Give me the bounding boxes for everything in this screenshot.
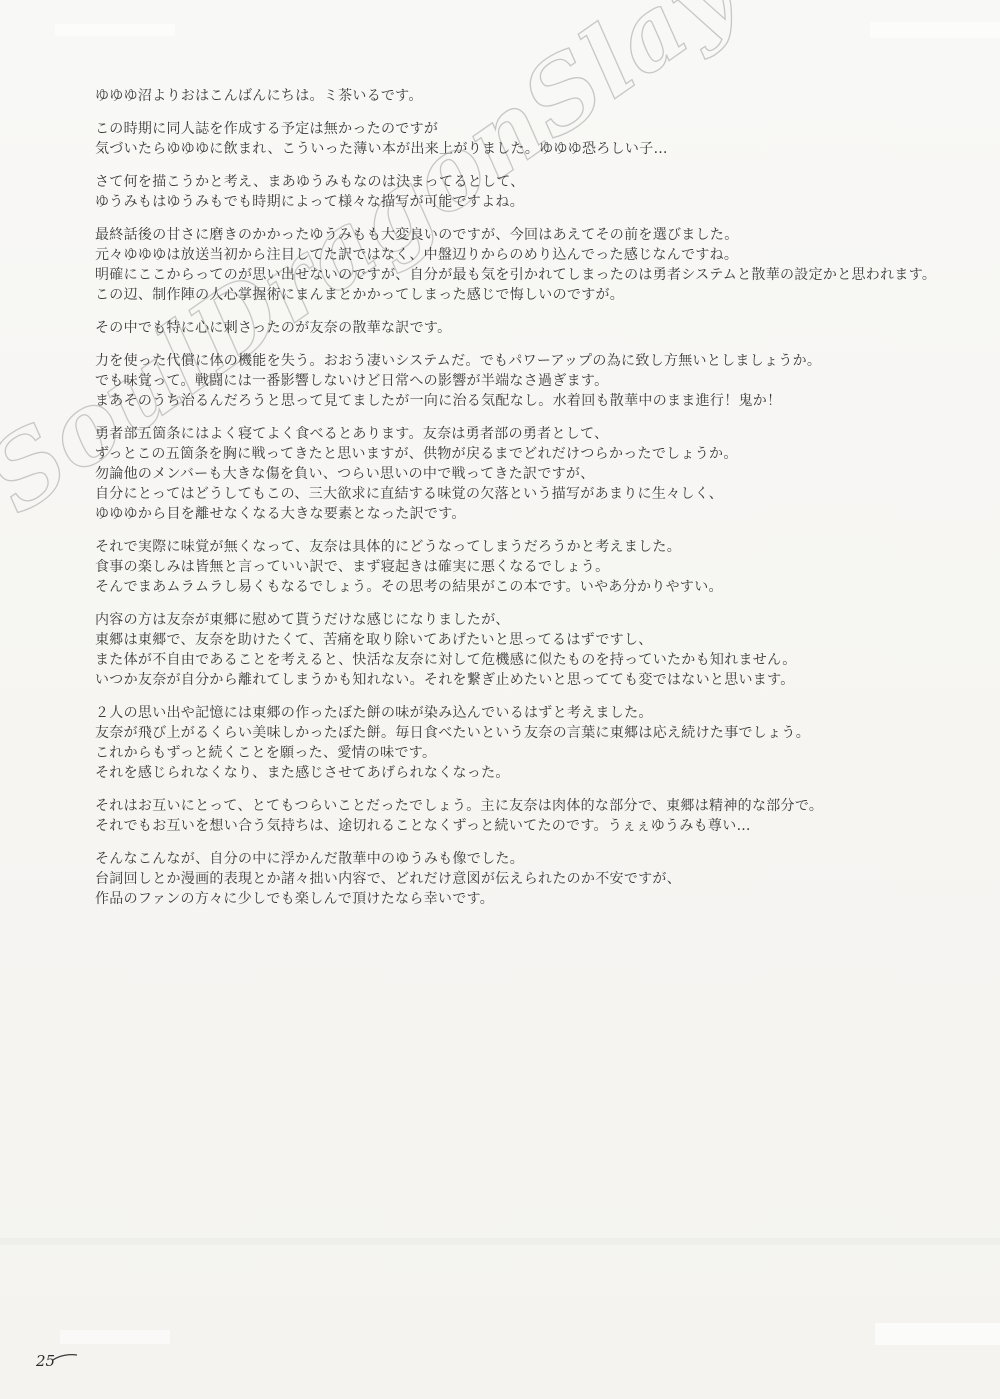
- text-line: この時期に同人誌を作成する予定は無かったのですが: [95, 119, 990, 139]
- text-line: また体が不自由であることを考えると、快活な友奈に対して危機感に似たものを持ってい…: [95, 650, 990, 670]
- text-line: 食事の楽しみは皆無と言っていい訳で、まず寝起きは確実に悪くなるでしょう。: [95, 557, 990, 577]
- scan-artifact: [875, 1323, 1000, 1345]
- text-line: 明確にここからってのが思い出せないのですが、自分が最も気を引かれてしまったのは勇…: [95, 265, 990, 285]
- text-line: でも味覚って。戦闘には一番影響しないけど日常への影響が半端なさ過ぎます。: [95, 371, 990, 391]
- text-line: 勇者部五箇条にはよく寝てよく食べるとあります。友奈は勇者部の勇者として、: [95, 424, 990, 444]
- paragraph: 最終話後の甘さに磨きのかかったゆうみもも大変良いのですが、今回はあえてその前を選…: [95, 225, 990, 305]
- afterword-text: ゆゆゆ沼よりおはこんばんにちは。ミ茶いるです。この時期に同人誌を作成する予定は無…: [95, 86, 990, 922]
- text-line: これからもずっと続くことを願った、愛情の味です。: [95, 743, 990, 763]
- text-line: それでもお互いを想い合う気持ちは、途切れることなくずっと続いてたのです。うぇぇゆ…: [95, 816, 990, 836]
- paragraph: それはお互いにとって、とてもつらいことだったでしょう。主に友奈は肉体的な部分で、…: [95, 796, 990, 836]
- text-line: 内容の方は友奈が東郷に慰めて貰うだけな感じになりましたが、: [95, 610, 990, 630]
- text-line: 気づいたらゆゆゆに飲まれ、こういった薄い本が出来上がりました。ゆゆゆ恐ろしい子…: [95, 139, 990, 159]
- text-line: この辺、制作陣の人心掌握術にまんまとかかってしまった感じで悔しいのですが。: [95, 285, 990, 305]
- paragraph: 力を使った代償に体の機能を失う。おおう凄いシステムだ。でもパワーアップの為に致し…: [95, 351, 990, 411]
- text-line: まあそのうち治るんだろうと思って見てましたが一向に治る気配なし。水着回も散華中の…: [95, 391, 990, 411]
- paragraph: 勇者部五箇条にはよく寝てよく食べるとあります。友奈は勇者部の勇者として、ずっとこ…: [95, 424, 990, 524]
- scan-artifact: [55, 24, 175, 36]
- text-line: ゆゆゆから目を離せなくなる大きな要素となった訳です。: [95, 504, 990, 524]
- text-line: ずっとこの五箇条を胸に戦ってきたと思いますが、供物が戻るまでどれだけつらかったで…: [95, 444, 990, 464]
- text-line: 友奈が飛び上がるくらい美味しかったぼた餅。毎日食べたいという友奈の言葉に東郷は応…: [95, 723, 990, 743]
- text-line: 台詞回しとか漫画的表現とか諸々拙い内容で、どれだけ意図が伝えられたのか不安ですが…: [95, 869, 990, 889]
- paragraph: そんなこんなが、自分の中に浮かんだ散華中のゆうみも像でした。台詞回しとか漫画的表…: [95, 849, 990, 909]
- text-line: その中でも特に心に刺さったのが友奈の散華な訳です。: [95, 318, 990, 338]
- paragraph: ２人の思い出や記憶には東郷の作ったぼた餅の味が染み込んでいるはずと考えました。友…: [95, 703, 990, 783]
- page-number-flourish-icon: [52, 1353, 78, 1363]
- text-line: さて何を描こうかと考え、まあゆうみもなのは決まってるとして、: [95, 172, 990, 192]
- paragraph: ゆゆゆ沼よりおはこんばんにちは。ミ茶いるです。: [95, 86, 990, 106]
- text-line: それはお互いにとって、とてもつらいことだったでしょう。主に友奈は肉体的な部分で、…: [95, 796, 990, 816]
- text-line: ゆゆゆ沼よりおはこんばんにちは。ミ茶いるです。: [95, 86, 990, 106]
- text-line: 自分にとってはどうしてもこの、三大欲求に直結する味覚の欠落という描写があまりに生…: [95, 484, 990, 504]
- text-line: 勿論他のメンバーも大きな傷を負い、つらい思いの中で戦ってきた訳ですが、: [95, 464, 990, 484]
- text-line: それを感じられなくなり、また感じさせてあげられなくなった。: [95, 763, 990, 783]
- page-number: 25: [36, 1352, 55, 1370]
- text-line: ２人の思い出や記憶には東郷の作ったぼた餅の味が染み込んでいるはずと考えました。: [95, 703, 990, 723]
- scanned-page: SoulDragonSlay ゆゆゆ沼よりおはこんばんにちは。ミ茶いるです。この…: [0, 0, 1000, 1399]
- scan-artifact: [60, 1330, 170, 1344]
- text-line: 力を使った代償に体の機能を失う。おおう凄いシステムだ。でもパワーアップの為に致し…: [95, 351, 990, 371]
- paragraph: それで実際に味覚が無くなって、友奈は具体的にどうなってしまうだろうかと考えました…: [95, 537, 990, 597]
- text-line: いつか友奈が自分から離れてしまうかも知れない。それを繋ぎ止めたいと思ってても変で…: [95, 670, 990, 690]
- text-line: ゆうみもはゆうみもでも時期によって様々な描写が可能ですよね。: [95, 192, 990, 212]
- paragraph: この時期に同人誌を作成する予定は無かったのですが気づいたらゆゆゆに飲まれ、こうい…: [95, 119, 990, 159]
- paragraph: さて何を描こうかと考え、まあゆうみもなのは決まってるとして、ゆうみもはゆうみもで…: [95, 172, 990, 212]
- paragraph: 内容の方は友奈が東郷に慰めて貰うだけな感じになりましたが、東郷は東郷で、友奈を助…: [95, 610, 990, 690]
- scan-artifact: [0, 1238, 1000, 1245]
- scan-artifact: [870, 22, 1000, 38]
- text-line: 最終話後の甘さに磨きのかかったゆうみもも大変良いのですが、今回はあえてその前を選…: [95, 225, 990, 245]
- paragraph: その中でも特に心に刺さったのが友奈の散華な訳です。: [95, 318, 990, 338]
- text-line: 東郷は東郷で、友奈を助けたくて、苦痛を取り除いてあげたいと思ってるはずですし、: [95, 630, 990, 650]
- text-line: 作品のファンの方々に少しでも楽しんで頂けたなら幸いです。: [95, 889, 990, 909]
- text-line: 元々ゆゆゆは放送当初から注目してた訳ではなく、中盤辺りからのめり込んでった感じな…: [95, 245, 990, 265]
- text-line: そんでまあムラムラし易くもなるでしょう。その思考の結果がこの本です。いやあ分かり…: [95, 577, 990, 597]
- text-line: それで実際に味覚が無くなって、友奈は具体的にどうなってしまうだろうかと考えました…: [95, 537, 990, 557]
- text-line: そんなこんなが、自分の中に浮かんだ散華中のゆうみも像でした。: [95, 849, 990, 869]
